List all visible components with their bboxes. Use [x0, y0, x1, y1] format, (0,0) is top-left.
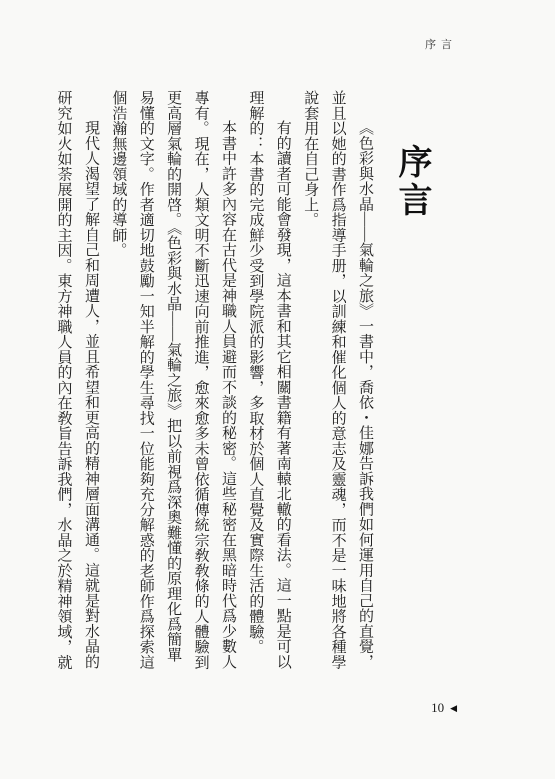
chapter-title: 序言: [387, 144, 436, 220]
paragraph: 現代人渴望了解自己和周遭人，並且希望和更高的精神層面溝通。這就是對水晶的研究如火…: [49, 90, 104, 676]
left-arrow-icon: ◀: [450, 704, 457, 713]
page-footer: 10 ◀: [431, 700, 457, 716]
book-page: 序言 序言 《色彩與水晶——氣輪之旅》一書中，喬依・佳娜告訴我們如何運用自己的直…: [0, 0, 555, 779]
page-number: 10: [431, 700, 444, 716]
paragraph: 有的讀者可能會發現，這本書和其它相關書籍有著南轅北轍的看法。這一點是可以理解的：…: [241, 90, 296, 676]
paragraph: 《色彩與水晶——氣輪之旅》一書中，喬依・佳娜告訴我們如何運用自己的直覺，並且以她…: [296, 90, 378, 676]
running-header: 序言: [425, 36, 457, 52]
paragraph: 本書中許多內容在古代是神職人員避而不談的秘密。這些秘密在黑暗時代爲少數人專有。現…: [104, 90, 241, 676]
body-text: 《色彩與水晶——氣輪之旅》一書中，喬依・佳娜告訴我們如何運用自己的直覺，並且以她…: [49, 90, 378, 676]
